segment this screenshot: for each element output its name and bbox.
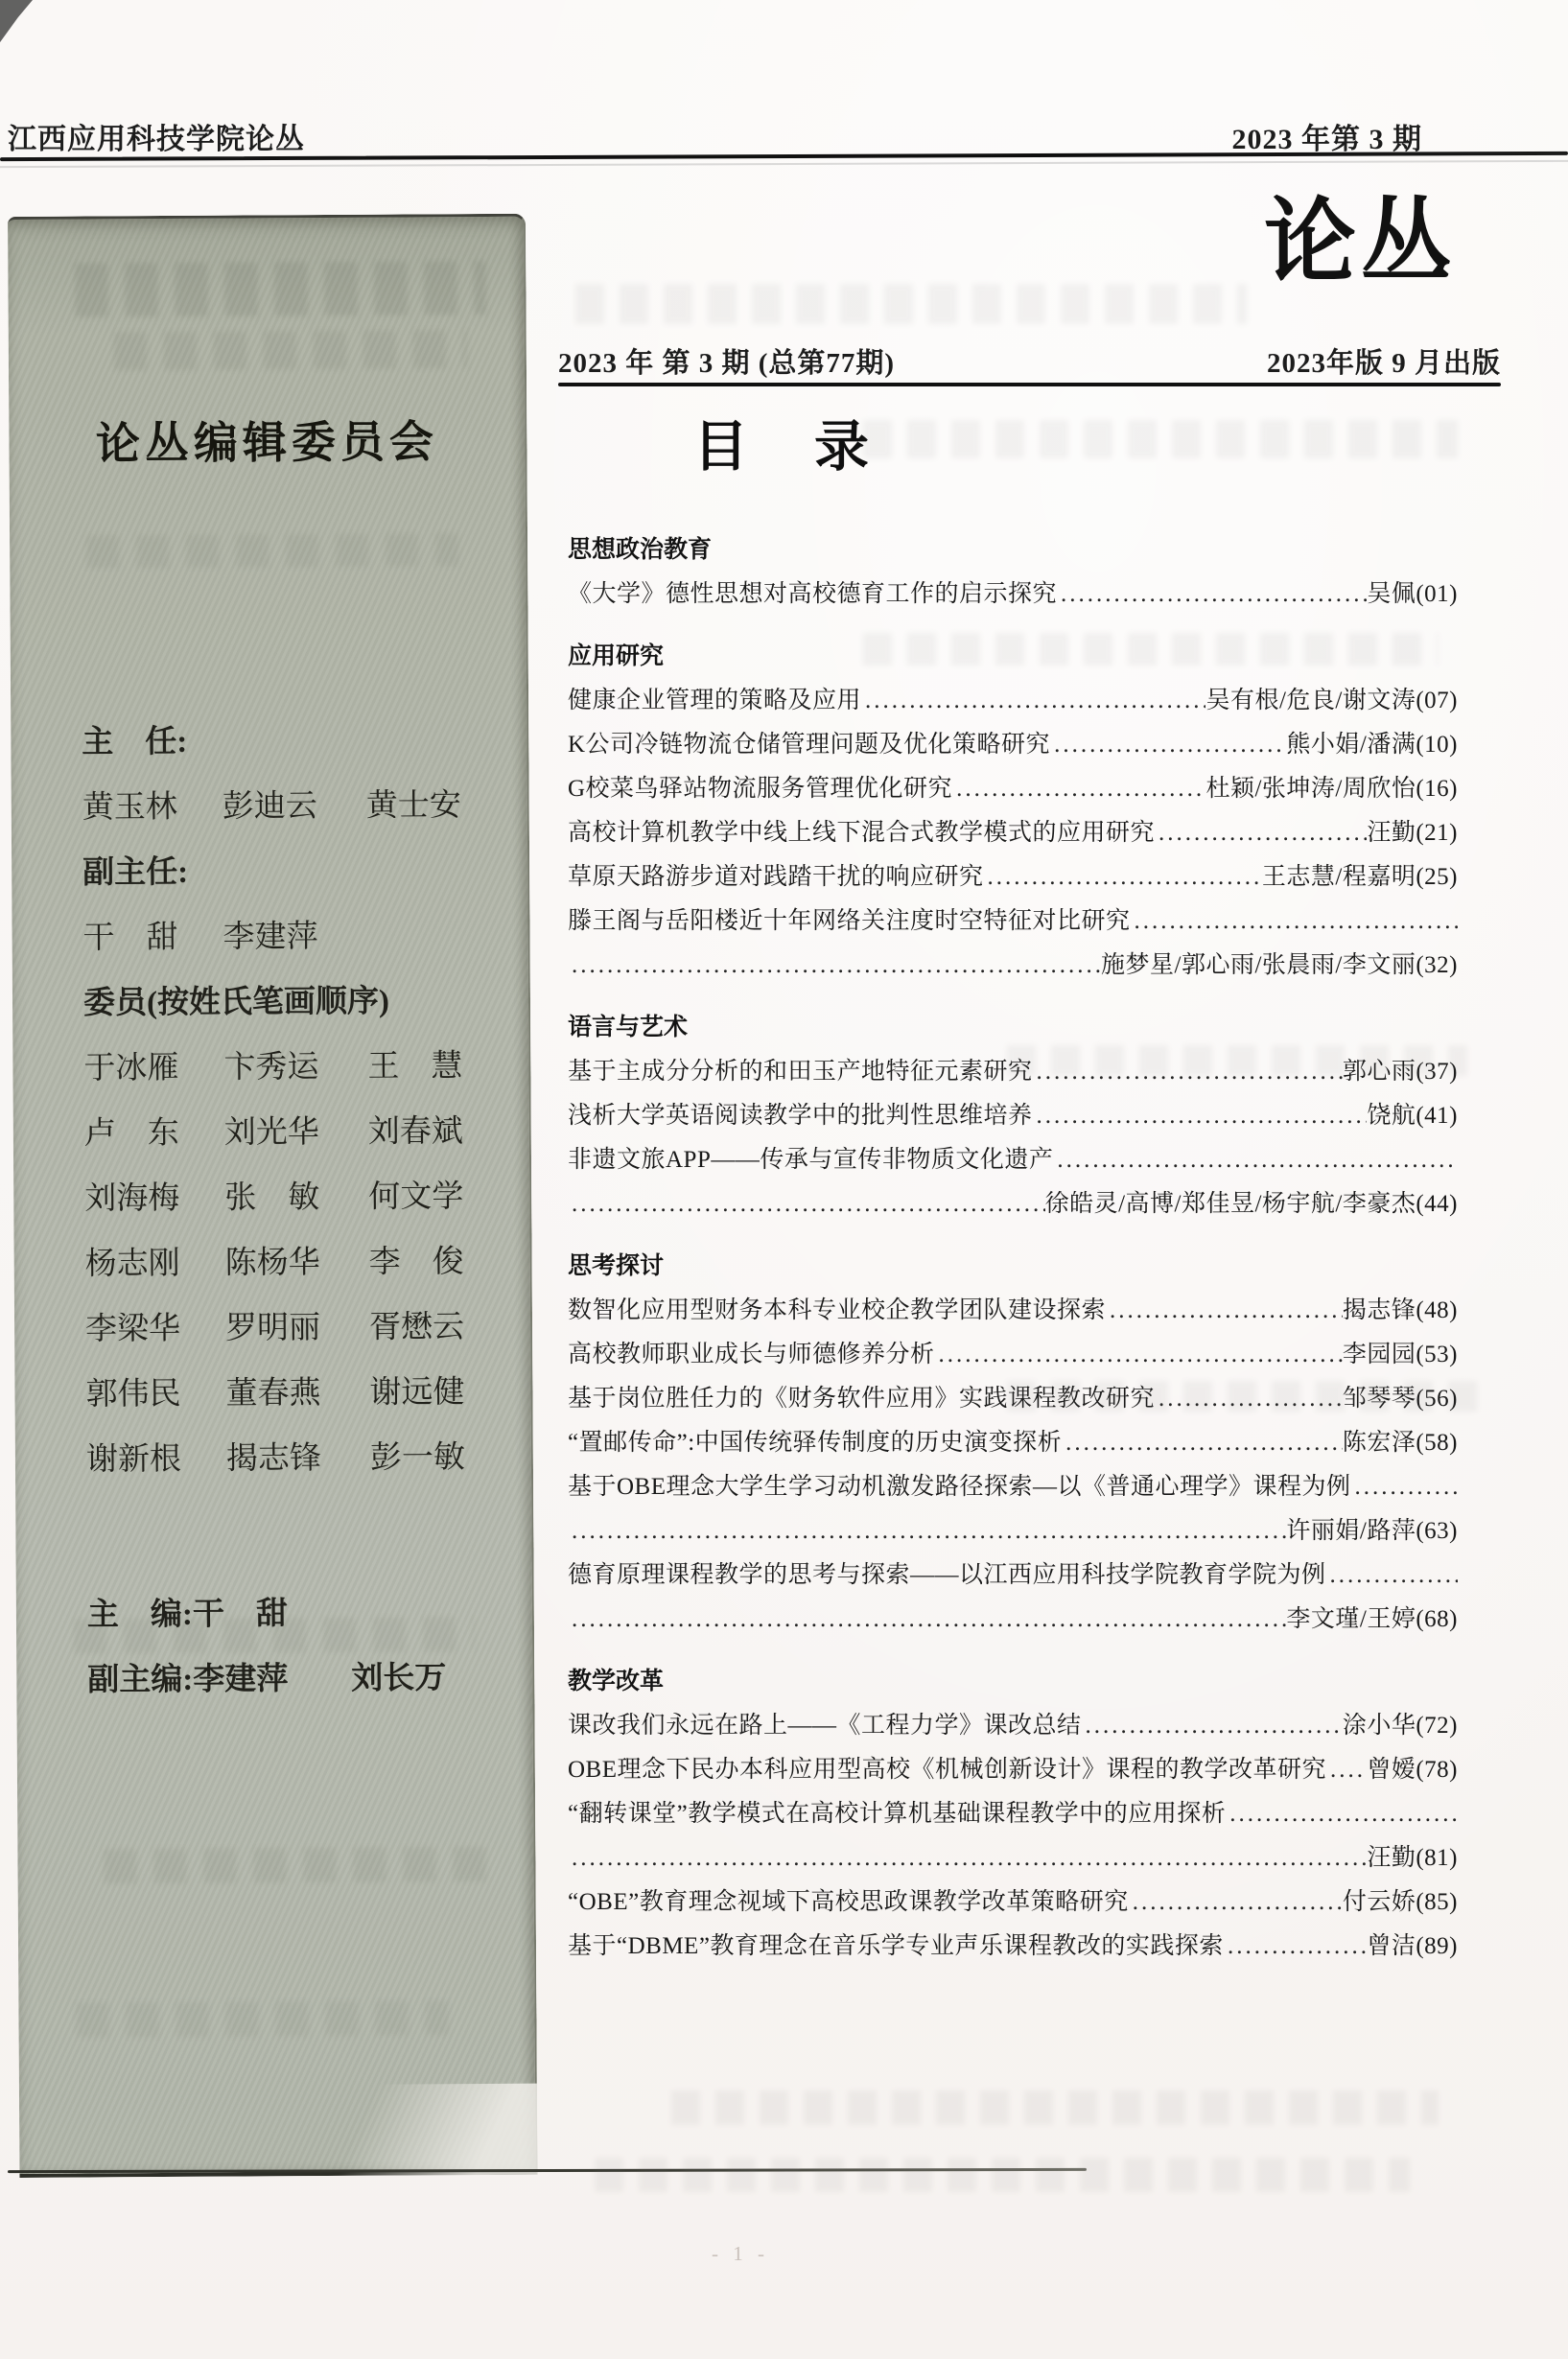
toc-entry-authors: 郭心雨(37)	[1343, 1058, 1458, 1086]
committee-member-name: 张 敏	[224, 1172, 368, 1238]
committee-member-name	[366, 910, 493, 976]
toc-section-heading: 教学改革	[568, 1667, 1458, 1695]
toc-entry-title: 基于“DBME”教育理念在音乐学专业声乐课程教改的实践探索	[568, 1932, 1224, 1961]
committee-member-name: 彭一敏	[370, 1432, 497, 1498]
dot-leader: ........................................…	[1224, 1932, 1367, 1961]
bleed-through-text	[75, 261, 485, 317]
dot-leader: ........................................…	[1050, 731, 1286, 759]
committee-row-label: 副主任:	[82, 845, 493, 913]
dot-leader: ........................................…	[1053, 1146, 1458, 1175]
toc-entry: 课改我们永远在路上——《工程力学》课改总结...................…	[568, 1712, 1458, 1740]
committee-row-names: 李梁华罗明丽胥懋云	[85, 1301, 496, 1369]
committee-member-name: 陈杨华	[225, 1237, 369, 1303]
committee-member-name: 李梁华	[85, 1303, 225, 1369]
dot-leader: ........................................…	[1155, 1385, 1343, 1413]
card-corner-fade	[331, 2084, 538, 2176]
toc-entry-line1: 滕王阁与岳阳楼近十年网络关注度时空特征对比研究.................…	[568, 907, 1458, 936]
toc-entry-authors: 徐皓灵/高博/郑佳昱/杨宇航/李豪杰(44)	[1045, 1190, 1458, 1219]
committee-member-name: 王 慧	[367, 1040, 494, 1107]
toc-entry-line1: 基于OBE理念大学生学习动机激发路径探索—以《普通心理学》课程为例.......…	[568, 1473, 1458, 1502]
toc-entry-authors: 涂小华(72)	[1343, 1712, 1458, 1740]
dot-leader: ........................................…	[568, 1605, 1286, 1634]
toc-entry-title: 草原天路游步道对践踏干扰的响应研究	[568, 863, 984, 892]
committee-member-name: 谢远健	[369, 1366, 496, 1433]
dot-leader: ........................................…	[1082, 1712, 1343, 1740]
dot-leader: ........................................…	[1033, 1102, 1368, 1131]
dot-leader: ........................................…	[984, 863, 1262, 892]
publish-info: 2023年版 9 月出版	[1267, 341, 1501, 381]
toc-entry-title: 基于主成分分析的和田玉产地特征元素研究	[568, 1058, 1033, 1086]
committee-title: 论丛编辑委员会	[9, 407, 525, 473]
committee-member-name: 刘海梅	[84, 1173, 224, 1239]
toc-entry-title: 数智化应用型财务本科专业校企教学团队建设探索	[568, 1296, 1106, 1325]
committee-member-name: 胥懋云	[369, 1301, 496, 1367]
toc-entry: G校菜鸟驿站物流服务管理优化研究........................…	[568, 775, 1458, 804]
toc-entry: 基于“DBME”教育理念在音乐学专业声乐课程教改的实践探索...........…	[568, 1932, 1458, 1961]
toc-entry-title: 滕王阁与岳阳楼近十年网络关注度时空特征对比研究	[568, 907, 1131, 936]
bleed-through-text	[104, 1847, 485, 1883]
committee-rows: 主 任:黄玉林彭迪云黄士安副主任:干 甜李建萍委员(按姓氏笔画顺序)于冰雁卞秀运…	[82, 714, 498, 1720]
toc-entry-title: “OBE”教育理念视域下高校思政课教学改革策略研究	[568, 1888, 1129, 1917]
toc-entry-authors: 王志慧/程嘉明(25)	[1262, 863, 1458, 892]
dot-leader: ........................................…	[568, 1190, 1045, 1219]
toc-entry-title: 非遗文旅APP——传承与宣传非物质文化遗产	[568, 1146, 1053, 1175]
bleed-through-text	[575, 284, 1247, 324]
toc-sections: 思想政治教育《大学》德性思想对高校德育工作的启示探究..............…	[568, 535, 1458, 1976]
toc-entry-title: 基于OBE理念大学生学习动机激发路径探索—以《普通心理学》课程为例	[568, 1473, 1351, 1502]
toc-entry: 健康企业管理的策略及应用............................…	[568, 687, 1458, 715]
dot-leader: ........................................…	[568, 1517, 1286, 1546]
toc-section-heading: 语言与艺术	[568, 1013, 1458, 1041]
toc-entry: “OBE”教育理念视域下高校思政课教学改革策略研究...............…	[568, 1888, 1458, 1917]
committee-member-name: 刘春斌	[368, 1106, 495, 1172]
committee-member-name: 卢 东	[84, 1108, 224, 1174]
issue-row: 2023 年 第 3 期 (总第77期) 2023年版 9 月出版	[558, 341, 1501, 381]
dot-leader: ........................................…	[1057, 580, 1367, 609]
toc-entry-line1: “翻转课堂”教学模式在高校计算机基础课程教学中的应用探析............…	[568, 1800, 1458, 1829]
committee-row-names: 干 甜李建萍	[82, 910, 493, 978]
toc-entry-authors: 曾洁(89)	[1367, 1932, 1458, 1961]
toc-entry-title: OBE理念下民办本科应用型高校《机械创新设计》课程的教学改革研究	[568, 1756, 1326, 1785]
running-head-right: 2023 年第 3 期	[1232, 115, 1423, 157]
dot-leader: ........................................…	[1106, 1296, 1343, 1325]
toc-entry-title: 浅析大学英语阅读教学中的批判性思维培养	[568, 1102, 1033, 1131]
toc-entry: 高校教师职业成长与师德修养分析.........................…	[568, 1341, 1458, 1369]
toc-entry-authors: 陈宏泽(58)	[1343, 1429, 1458, 1458]
toc-entry-line2: ........................................…	[568, 1190, 1458, 1219]
dot-leader: ........................................…	[568, 1844, 1367, 1873]
toc-entry-title: 健康企业管理的策略及应用	[568, 687, 861, 715]
committee-row-names: 谢新根揭志锋彭一敏	[86, 1432, 497, 1500]
toc-entry-title: “置邮传命”:中国传统驿传制度的历史演变探析	[568, 1429, 1062, 1458]
toc-entry-authors: 吴有根/危良/谢文涛(07)	[1205, 687, 1458, 715]
committee-member-name: 李 俊	[369, 1236, 496, 1302]
bleed-through-text	[76, 2000, 448, 2037]
toc-section-heading: 应用研究	[568, 642, 1458, 670]
committee-row-editor: 副主编:李建萍 刘长万	[87, 1652, 498, 1720]
running-head: 江西应用科技学院论丛 2023 年第 3 期	[8, 115, 1422, 157]
dot-leader: ........................................…	[1129, 1888, 1343, 1917]
toc-entry-line1: 德育原理课程教学的思考与探索——以江西应用科技学院教育学院为例.........…	[568, 1561, 1458, 1590]
toc-entry-title: 基于岗位胜任力的《财务软件应用》实践课程教改研究	[568, 1385, 1155, 1413]
committee-member-name: 何文学	[368, 1171, 495, 1237]
toc-entry: 数智化应用型财务本科专业校企教学团队建设探索..................…	[568, 1296, 1458, 1325]
committee-row-label: 主 任:	[82, 714, 492, 782]
dot-leader: ........................................…	[568, 951, 1101, 980]
committee-row-names: 郭伟民董春燕谢远健	[85, 1366, 496, 1435]
dot-leader: ........................................…	[935, 1341, 1343, 1369]
toc-entry: 草原天路游步道对践踏干扰的响应研究.......................…	[568, 863, 1458, 892]
editorial-committee-card: 论丛编辑委员会 主 任:黄玉林彭迪云黄士安副主任:干 甜李建萍委员(按姓氏笔画顺…	[8, 214, 537, 2178]
committee-row-names: 黄玉林彭迪云黄士安	[82, 780, 493, 848]
toc-entry: 基于主成分分析的和田玉产地特征元素研究.....................…	[568, 1058, 1458, 1086]
toc-entry-line1: 非遗文旅APP——传承与宣传非物质文化遗产...................…	[568, 1146, 1458, 1175]
toc-entry-authors: 吴佩(01)	[1367, 580, 1458, 609]
toc-entry: OBE理念下民办本科应用型高校《机械创新设计》课程的教学改革研究........…	[568, 1756, 1458, 1785]
toc-entry-authors: 许丽娟/路萍(63)	[1286, 1517, 1458, 1546]
toc-entry-authors: 汪勤(21)	[1367, 819, 1458, 848]
toc-entry-authors: 李园园(53)	[1343, 1341, 1458, 1369]
toc-entry-authors: 杜颖/张坤涛/周欣怡(16)	[1205, 775, 1458, 804]
dot-leader: ........................................…	[1033, 1058, 1343, 1086]
header-rule-shadow	[0, 160, 1568, 168]
toc-entry: 《大学》德性思想对高校德育工作的启示探究....................…	[568, 580, 1458, 609]
issue-rule	[558, 383, 1501, 386]
toc-entry-title: 课改我们永远在路上——《工程力学》课改总结	[568, 1712, 1082, 1740]
committee-member-name: 董春燕	[225, 1367, 369, 1434]
toc-entry-line2: ........................................…	[568, 1517, 1458, 1546]
dot-leader: ........................................…	[1131, 907, 1458, 936]
committee-member-name: 黄士安	[366, 780, 493, 846]
committee-member-name: 谢新根	[86, 1434, 226, 1500]
committee-member-name: 李建萍	[222, 911, 366, 977]
toc-entry-line2: ........................................…	[568, 1605, 1458, 1634]
committee-row-names: 于冰雁卞秀运王 慧	[83, 1040, 494, 1109]
committee-member-name: 黄玉林	[82, 782, 222, 848]
toc-entry-authors: 汪勤(81)	[1367, 1844, 1458, 1873]
toc-entry-title: G校菜鸟驿站物流服务管理优化研究	[568, 775, 952, 804]
toc-entry-title: 高校教师职业成长与师德修养分析	[568, 1341, 935, 1369]
committee-row-names: 卢 东刘光华刘春斌	[84, 1106, 495, 1174]
bleed-through-text	[86, 533, 458, 568]
scan-corner-artifact	[0, 0, 33, 46]
journal-title: 论丛	[1264, 192, 1504, 293]
committee-member-name: 罗明丽	[225, 1302, 369, 1368]
committee-member-name: 揭志锋	[226, 1433, 370, 1499]
committee-member-name: 卞秀运	[223, 1041, 367, 1108]
page-number: - 1 -	[712, 2242, 769, 2266]
bleed-through-text	[595, 2158, 1410, 2192]
committee-member-name: 郭伟民	[85, 1368, 225, 1435]
toc-entry-title: K公司冷链物流仓储管理问题及优化策略研究	[568, 731, 1050, 759]
toc-entry-authors: 邹琴琴(56)	[1343, 1385, 1458, 1413]
committee-row-editor: 主 编:干 甜	[87, 1587, 498, 1655]
toc-entry-authors: 揭志锋(48)	[1343, 1296, 1458, 1325]
committee-member-name: 彭迪云	[222, 781, 366, 847]
toc-entry-authors: 熊小娟/潘满(10)	[1286, 731, 1458, 759]
toc-entry-line2: ........................................…	[568, 1844, 1458, 1873]
bleed-through-text	[671, 2090, 1439, 2125]
bleed-through-text	[114, 330, 467, 370]
toc-entry-title: 《大学》德性思想对高校德育工作的启示探究	[568, 580, 1057, 609]
toc-entry-authors: 付云娇(85)	[1343, 1888, 1458, 1917]
committee-member-name: 刘光华	[224, 1107, 368, 1173]
dot-leader: ........................................…	[1351, 1473, 1458, 1502]
committee-member-name: 于冰雁	[83, 1042, 223, 1109]
toc-entry: 基于岗位胜任力的《财务软件应用》实践课程教改研究................…	[568, 1385, 1458, 1413]
dot-leader: ........................................…	[861, 687, 1205, 715]
dot-leader: ........................................…	[1062, 1429, 1343, 1458]
dot-leader: ........................................…	[952, 775, 1205, 804]
toc-entry: “置邮传命”:中国传统驿传制度的历史演变探析..................…	[568, 1429, 1458, 1458]
toc-entry-authors: 曾嫒(78)	[1367, 1756, 1458, 1785]
toc-entry: K公司冷链物流仓储管理问题及优化策略研究....................…	[568, 731, 1458, 759]
toc-section-heading: 思想政治教育	[568, 535, 1458, 564]
toc-entry-title: “翻转课堂”教学模式在高校计算机基础课程教学中的应用探析	[568, 1800, 1226, 1829]
dot-leader: ........................................…	[1326, 1561, 1458, 1590]
dot-leader: ........................................…	[1226, 1800, 1458, 1829]
committee-member-name: 干 甜	[82, 912, 222, 978]
toc-section-heading: 思考探讨	[568, 1251, 1458, 1280]
issue-info: 2023 年 第 3 期 (总第77期)	[558, 341, 895, 381]
dot-leader: ........................................…	[1326, 1756, 1367, 1785]
toc-entry-authors: 李文瑾/王婷(68)	[1286, 1605, 1458, 1634]
toc-entry-line2: ........................................…	[568, 951, 1458, 980]
toc-entry-authors: 施梦星/郭心雨/张晨雨/李文丽(32)	[1101, 951, 1458, 980]
committee-row-names: 刘海梅张 敏何文学	[84, 1171, 495, 1239]
running-head-left: 江西应用科技学院论丛	[8, 115, 305, 157]
committee-row-label: 委员(按姓氏笔画顺序)	[83, 975, 494, 1043]
committee-row-names: 杨志刚陈杨华李 俊	[85, 1236, 496, 1304]
journal-toc-page: 江西应用科技学院论丛 2023 年第 3 期 论丛编辑委员会 主 任:黄玉林彭迪…	[0, 0, 1568, 2359]
toc-entry: 高校计算机教学中线上线下混合式教学模式的应用研究................…	[568, 819, 1458, 848]
toc-entry-authors: 饶航(41)	[1367, 1102, 1458, 1131]
toc-entry-title: 高校计算机教学中线上线下混合式教学模式的应用研究	[568, 819, 1155, 848]
toc-entry: 浅析大学英语阅读教学中的批判性思维培养.....................…	[568, 1102, 1458, 1131]
dot-leader: ........................................…	[1155, 819, 1367, 848]
toc-entry-title: 德育原理课程教学的思考与探索——以江西应用科技学院教育学院为例	[568, 1561, 1326, 1590]
committee-member-name: 杨志刚	[85, 1238, 225, 1304]
toc-title: 目 录	[561, 403, 1007, 481]
